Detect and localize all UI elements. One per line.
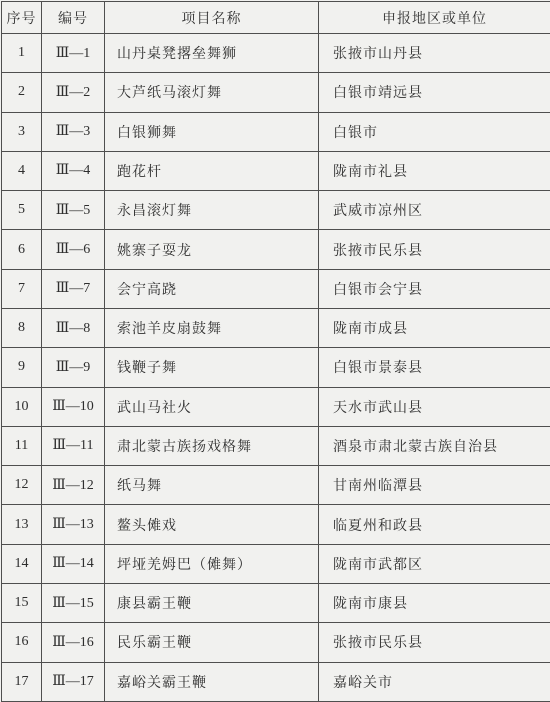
serial-cell: 10	[2, 387, 42, 426]
table-row: 14 Ⅲ—14 坪垭羌姆巴（傩舞） 陇南市武都区	[2, 544, 550, 583]
table-row: 5 Ⅲ—5 永昌滚灯舞 武威市凉州区	[2, 191, 550, 230]
project-name-cell: 山丹桌凳撂垒舞狮	[105, 34, 319, 73]
code-cell: Ⅲ—10	[42, 387, 105, 426]
table-row: 4 Ⅲ—4 跑花杆 陇南市礼县	[2, 151, 550, 190]
project-name-cell: 民乐霸王鞭	[105, 623, 319, 662]
serial-cell: 13	[2, 505, 42, 544]
table-row: 7 Ⅲ—7 会宁高跷 白银市会宁县	[2, 269, 550, 308]
table-row: 1 Ⅲ—1 山丹桌凳撂垒舞狮 张掖市山丹县	[2, 34, 550, 73]
serial-cell: 8	[2, 308, 42, 347]
project-name-cell: 鳌头傩戏	[105, 505, 319, 544]
serial-cell: 11	[2, 426, 42, 465]
region-cell: 甘南州临潭县	[319, 466, 550, 505]
table-header: 序号 编号 项目名称 申报地区或单位	[2, 2, 550, 34]
serial-cell: 4	[2, 151, 42, 190]
serial-cell: 5	[2, 191, 42, 230]
project-name-cell: 跑花杆	[105, 151, 319, 190]
code-cell: Ⅲ—5	[42, 191, 105, 230]
project-name-cell: 大芦纸马滚灯舞	[105, 73, 319, 112]
region-cell: 嘉峪关市	[319, 662, 550, 702]
region-cell: 酒泉市肃北蒙古族自治县	[319, 426, 550, 465]
table-body: 1 Ⅲ—1 山丹桌凳撂垒舞狮 张掖市山丹县 2 Ⅲ—2 大芦纸马滚灯舞 白银市靖…	[2, 34, 550, 702]
serial-cell: 14	[2, 544, 42, 583]
region-cell: 临夏州和政县	[319, 505, 550, 544]
serial-cell: 6	[2, 230, 42, 269]
project-name-cell: 索池羊皮扇鼓舞	[105, 308, 319, 347]
region-cell: 白银市会宁县	[319, 269, 550, 308]
table-row: 3 Ⅲ—3 白银狮舞 白银市	[2, 112, 550, 151]
region-cell: 天水市武山县	[319, 387, 550, 426]
serial-cell: 7	[2, 269, 42, 308]
code-cell: Ⅲ—17	[42, 662, 105, 702]
table-row: 11 Ⅲ—11 肃北蒙古族扬戏格舞 酒泉市肃北蒙古族自治县	[2, 426, 550, 465]
table-row: 10 Ⅲ—10 武山马社火 天水市武山县	[2, 387, 550, 426]
project-name-cell: 坪垭羌姆巴（傩舞）	[105, 544, 319, 583]
code-cell: Ⅲ—7	[42, 269, 105, 308]
table-row: 6 Ⅲ—6 姚寨子耍龙 张掖市民乐县	[2, 230, 550, 269]
project-name-cell: 白银狮舞	[105, 112, 319, 151]
serial-cell: 2	[2, 73, 42, 112]
serial-cell: 16	[2, 623, 42, 662]
table-row: 17 Ⅲ—17 嘉峪关霸王鞭 嘉峪关市	[2, 662, 550, 702]
region-cell: 张掖市民乐县	[319, 623, 550, 662]
serial-cell: 12	[2, 466, 42, 505]
header-row: 序号 编号 项目名称 申报地区或单位	[2, 2, 550, 34]
region-cell: 陇南市武都区	[319, 544, 550, 583]
serial-cell: 3	[2, 112, 42, 151]
region-cell: 张掖市民乐县	[319, 230, 550, 269]
project-name-cell: 钱鞭子舞	[105, 348, 319, 387]
code-cell: Ⅲ—14	[42, 544, 105, 583]
region-cell: 白银市靖远县	[319, 73, 550, 112]
project-name-cell: 会宁高跷	[105, 269, 319, 308]
table-row: 8 Ⅲ—8 索池羊皮扇鼓舞 陇南市成县	[2, 308, 550, 347]
code-cell: Ⅲ—3	[42, 112, 105, 151]
region-cell: 白银市	[319, 112, 550, 151]
region-cell: 陇南市成县	[319, 308, 550, 347]
code-cell: Ⅲ—13	[42, 505, 105, 544]
table-row: 2 Ⅲ—2 大芦纸马滚灯舞 白银市靖远县	[2, 73, 550, 112]
project-name-cell: 嘉峪关霸王鞭	[105, 662, 319, 702]
code-cell: Ⅲ—12	[42, 466, 105, 505]
serial-cell: 17	[2, 662, 42, 702]
header-project-name: 项目名称	[105, 2, 319, 34]
code-cell: Ⅲ—9	[42, 348, 105, 387]
header-serial-number: 序号	[2, 2, 42, 34]
code-cell: Ⅲ—8	[42, 308, 105, 347]
project-name-cell: 康县霸王鞭	[105, 583, 319, 622]
region-cell: 武威市凉州区	[319, 191, 550, 230]
header-code: 编号	[42, 2, 105, 34]
code-cell: Ⅲ—2	[42, 73, 105, 112]
code-cell: Ⅲ—16	[42, 623, 105, 662]
code-cell: Ⅲ—11	[42, 426, 105, 465]
code-cell: Ⅲ—6	[42, 230, 105, 269]
region-cell: 陇南市礼县	[319, 151, 550, 190]
table-row: 9 Ⅲ—9 钱鞭子舞 白银市景泰县	[2, 348, 550, 387]
table-row: 13 Ⅲ—13 鳌头傩戏 临夏州和政县	[2, 505, 550, 544]
heritage-project-table: 序号 编号 项目名称 申报地区或单位 1 Ⅲ—1 山丹桌凳撂垒舞狮 张掖市山丹县…	[1, 1, 550, 702]
serial-cell: 9	[2, 348, 42, 387]
header-declaring-region: 申报地区或单位	[319, 2, 550, 34]
code-cell: Ⅲ—15	[42, 583, 105, 622]
project-name-cell: 永昌滚灯舞	[105, 191, 319, 230]
serial-cell: 1	[2, 34, 42, 73]
region-cell: 陇南市康县	[319, 583, 550, 622]
project-name-cell: 武山马社火	[105, 387, 319, 426]
code-cell: Ⅲ—1	[42, 34, 105, 73]
region-cell: 白银市景泰县	[319, 348, 550, 387]
table-row: 16 Ⅲ—16 民乐霸王鞭 张掖市民乐县	[2, 623, 550, 662]
project-name-cell: 肃北蒙古族扬戏格舞	[105, 426, 319, 465]
table-row: 12 Ⅲ—12 纸马舞 甘南州临潭县	[2, 466, 550, 505]
code-cell: Ⅲ—4	[42, 151, 105, 190]
project-name-cell: 姚寨子耍龙	[105, 230, 319, 269]
serial-cell: 15	[2, 583, 42, 622]
region-cell: 张掖市山丹县	[319, 34, 550, 73]
table-row: 15 Ⅲ—15 康县霸王鞭 陇南市康县	[2, 583, 550, 622]
project-name-cell: 纸马舞	[105, 466, 319, 505]
